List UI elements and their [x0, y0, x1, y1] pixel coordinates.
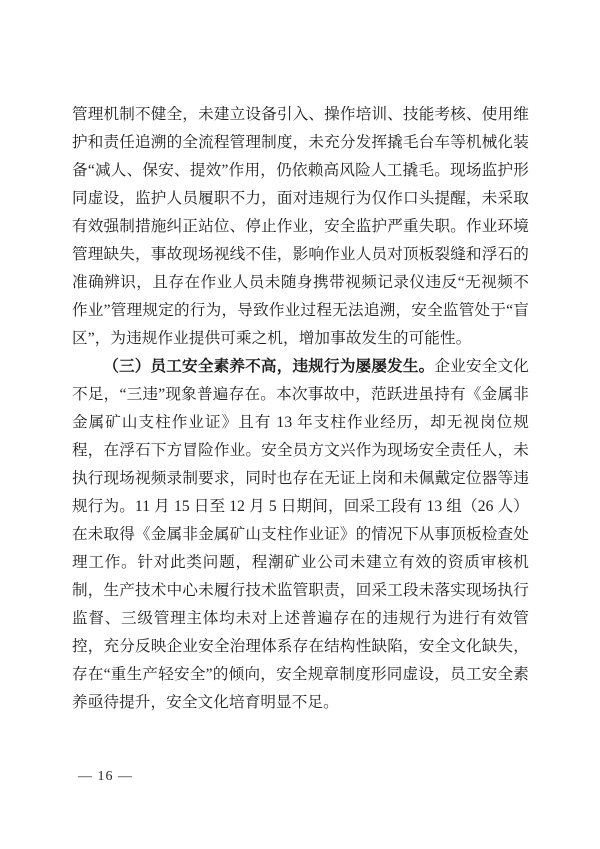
paragraph-section-three-text: 企业安全文化不足，“三违”现象普遍存在。本次事故中，范跃进虽持有《金属非金属矿山…: [72, 358, 529, 711]
paragraph-continuation-text: 管理机制不健全，未建立设备引入、操作培训、技能考核、使用维护和责任追溯的全流程管…: [72, 106, 529, 347]
document-body: 管理机制不健全，未建立设备引入、操作培训、技能考核、使用维护和责任追溯的全流程管…: [72, 101, 529, 717]
document-page: 管理机制不健全，未建立设备引入、操作培训、技能考核、使用维护和责任追溯的全流程管…: [0, 0, 600, 849]
paragraph-continuation: 管理机制不健全，未建立设备引入、操作培训、技能考核、使用维护和责任追溯的全流程管…: [72, 101, 529, 353]
paragraph-section-three: （三）员工安全素养不高，违规行为屡屡发生。企业安全文化不足，“三违”现象普遍存在…: [72, 353, 529, 717]
section-three-heading: （三）员工安全素养不高，违规行为屡屡发生。: [103, 358, 434, 375]
page-number: — 16 —: [78, 767, 133, 787]
